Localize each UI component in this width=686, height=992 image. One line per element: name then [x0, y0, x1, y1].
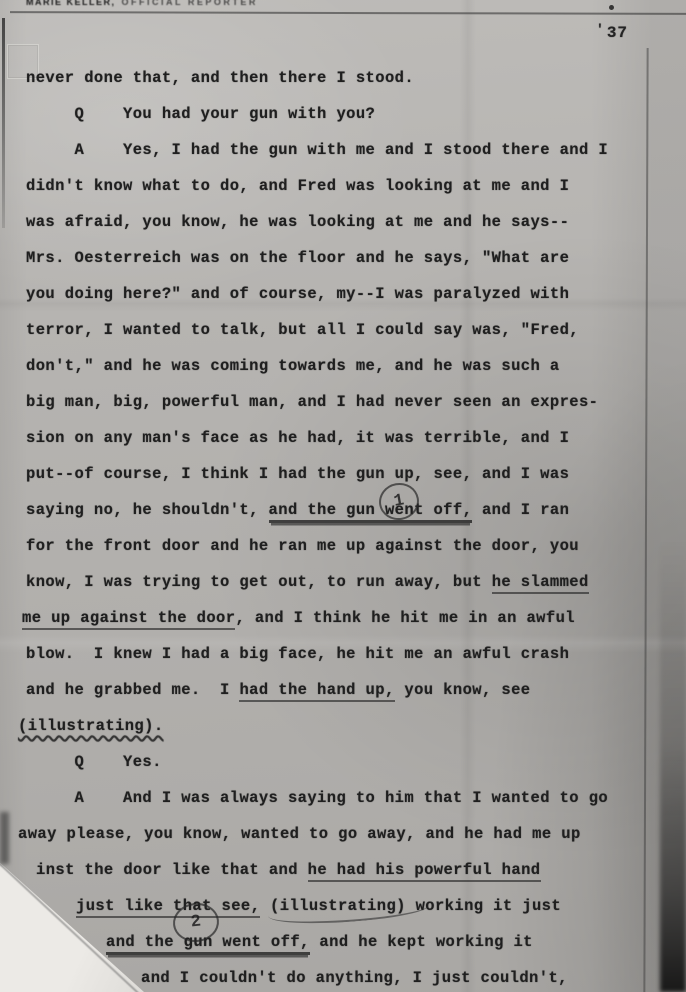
underlined-phrase: me up against the door: [22, 609, 235, 630]
text-segment: A And I was always saying to him that I …: [26, 789, 608, 807]
transcript-line: for the front door and he ran me up agai…: [26, 528, 686, 564]
text-segment: and he kept working it: [310, 933, 533, 951]
left-page-edge-line: [2, 18, 5, 228]
transcript-line: and I couldn't do anything, I just could…: [141, 960, 686, 992]
underlined-phrase: he slammed: [492, 573, 589, 594]
text-segment: you doing here?" and of course, my--I wa…: [26, 285, 569, 303]
text-segment: don't," and he was coming towards me, an…: [26, 357, 560, 375]
transcript-line: never done that, and then there I stood.: [26, 60, 686, 96]
transcript-line: away please, you know, wanted to go away…: [18, 816, 686, 852]
text-segment: and he grabbed me. I: [26, 681, 239, 699]
transcript-line: saying no, he shouldn't, and the gun wen…: [26, 492, 686, 528]
text-segment: sion on any man's face as he had, it was…: [26, 429, 569, 447]
transcript-line: Mrs. Oesterreich was on the floor and he…: [26, 240, 686, 276]
transcript-line: you doing here?" and of course, my--I wa…: [26, 276, 686, 312]
transcript-line: big man, big, powerful man, and I had ne…: [26, 384, 686, 420]
transcript-line: terror, I wanted to talk, but all I coul…: [26, 312, 686, 348]
transcript-line: Q Yes.: [26, 744, 686, 780]
transcript-line: didn't know what to do, and Fred was loo…: [26, 168, 686, 204]
text-segment: know, I was trying to get out, to run aw…: [26, 573, 492, 591]
text-segment: was afraid, you know, he was looking at …: [26, 213, 569, 231]
transcript-line: A Yes, I had the gun with me and I stood…: [26, 132, 686, 168]
text-segment: you know, see: [395, 681, 531, 699]
underlined-phrase: (illustrating).: [18, 717, 164, 735]
text-segment: Mrs. Oesterreich was on the floor and he…: [26, 249, 569, 267]
underlined-phrase: he had his powerful hand: [308, 861, 541, 882]
text-segment: blow. I knew I had a big face, he hit me…: [26, 645, 569, 663]
text-segment: , and I think he hit me in an awful: [235, 609, 575, 627]
text-segment: A Yes, I had the gun with me and I stood…: [26, 141, 608, 159]
transcript-line: (illustrating).: [18, 708, 686, 744]
transcript-line: put--of course, I think I had the gun up…: [26, 456, 686, 492]
transcript-line: sion on any man's face as he had, it was…: [26, 420, 686, 456]
text-segment: away please, you know, wanted to go away…: [18, 825, 581, 843]
text-segment: saying no, he shouldn't,: [26, 501, 269, 519]
text-segment: inst the door like that and: [36, 861, 308, 879]
left-edge-shadow: [0, 812, 9, 864]
transcript-line: A And I was always saying to him that I …: [26, 780, 686, 816]
circle-1-number: 1: [392, 491, 405, 511]
text-segment: Q You had your gun with you?: [26, 105, 375, 123]
text-segment: big man, big, powerful man, and I had ne…: [26, 393, 598, 411]
transcript-line: Q You had your gun with you?: [26, 96, 686, 132]
underlined-phrase: had the hand up,: [239, 681, 394, 702]
text-segment: didn't know what to do, and Fred was loo…: [26, 177, 569, 195]
underlined-phrase: and the gun went off,: [269, 501, 473, 523]
circle-2-number: 2: [190, 913, 202, 933]
transcript-line: was afraid, you know, he was looking at …: [26, 204, 686, 240]
transcript-line: and he grabbed me. I had the hand up, yo…: [26, 672, 686, 708]
transcript-line: inst the door like that and he had his p…: [36, 852, 686, 888]
right-edge-shadow: [660, 540, 686, 992]
transcript: never done that, and then there I stood.…: [0, 0, 686, 992]
underlined-phrase: just like that see,: [76, 897, 260, 918]
text-segment: terror, I wanted to talk, but all I coul…: [26, 321, 579, 339]
text-segment: put--of course, I think I had the gun up…: [26, 465, 569, 483]
scanned-transcript-page: MARIE KELLER,OFFICIAL REPORTER '37 never…: [0, 0, 686, 992]
transcript-line: blow. I knew I had a big face, he hit me…: [26, 636, 686, 672]
text-segment: and I ran: [472, 501, 569, 519]
text-segment: never done that, and then there I stood.: [26, 69, 414, 87]
text-segment: for the front door and he ran me up agai…: [26, 537, 579, 555]
text-segment: and I couldn't do anything, I just could…: [141, 969, 568, 987]
transcript-line: me up against the door, and I think he h…: [22, 600, 686, 636]
transcript-line: don't," and he was coming towards me, an…: [26, 348, 686, 384]
text-segment: Q Yes.: [26, 753, 162, 771]
transcript-line: know, I was trying to get out, to run aw…: [26, 564, 686, 600]
